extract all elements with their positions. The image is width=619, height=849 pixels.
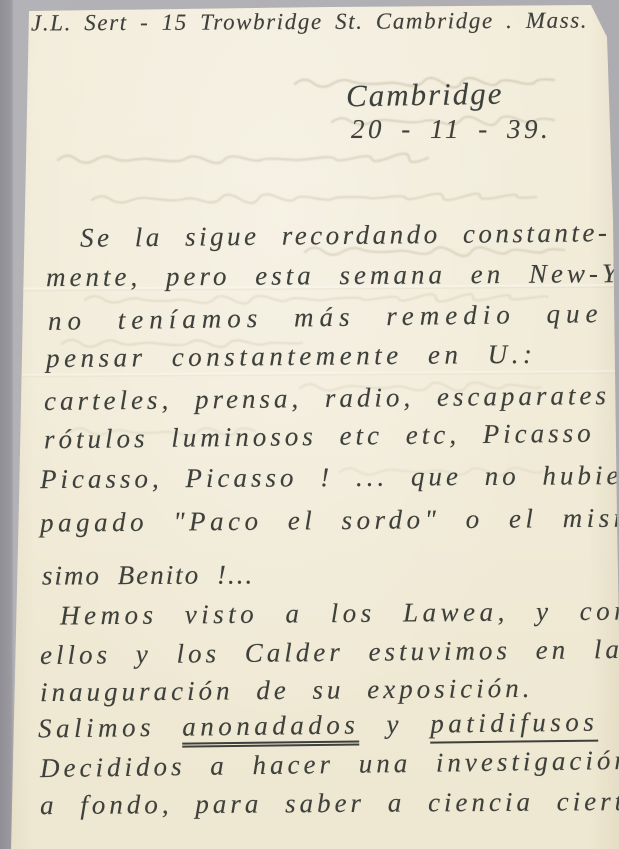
line-text: pensar constantemente en U.: <box>46 339 537 373</box>
line-text: inauguración de su exposición. <box>40 673 534 707</box>
handwritten-line: Salimos anonadados y patidifusos <box>38 707 599 745</box>
handwritten-line: Se la sigue recordando constante- <box>80 217 611 254</box>
handwritten-line: Hemos visto a los Lawea, y con <box>60 596 619 632</box>
handwritten-line: Picasso, Picasso ! ... que no hubiera <box>40 460 619 495</box>
letter-paper: J.L. Sert - 15 Trowbridge St. Cambridge … <box>0 0 619 849</box>
line-text: rótulos luminosos etc etc, Picasso <box>44 418 595 455</box>
line-text: no teníamos más remedio que <box>48 298 604 336</box>
handwritten-line: a fondo, para saber a ciencia cierta <box>40 786 619 821</box>
handwritten-line: pagado "Paco el sordo" o el mismí- <box>40 502 619 538</box>
handwritten-line: inauguración de su exposición. <box>40 673 534 708</box>
handwritten-line: carteles, prensa, radio, escaparates <box>44 380 610 417</box>
line-text: y <box>359 709 430 740</box>
line-text: Picasso, Picasso ! ... que no hubiera <box>40 460 619 494</box>
handwritten-line: pensar constantemente en U.: <box>46 339 537 374</box>
date-line: 20 - 11 - 39. <box>351 114 551 145</box>
sender-address-line: J.L. Sert - 15 Trowbridge St. Cambridge … <box>31 8 588 37</box>
scanned-letter-page: J.L. Sert - 15 Trowbridge St. Cambridge … <box>0 0 619 849</box>
line-text: carteles, prensa, radio, escaparates <box>44 380 610 416</box>
line-text: ellos y los Calder estuvimos en la <box>40 634 619 670</box>
line-text: simo Benito !... <box>42 559 254 590</box>
handwritten-line: mente, pero esta semana en New-York <box>46 258 619 293</box>
underlined-word: anonadados <box>182 709 359 747</box>
handwritten-line: ellos y los Calder estuvimos en la <box>40 634 619 671</box>
place-line: Cambridge <box>346 76 504 114</box>
line-text: Se la sigue recordando constante- <box>80 217 611 253</box>
underlined-word: patidifusos <box>430 707 598 744</box>
line-text: pagado "Paco el sordo" o el mismí- <box>40 502 619 537</box>
handwritten-line: simo Benito !... <box>42 559 254 591</box>
line-text: mente, pero esta semana en New-York <box>46 258 619 292</box>
line-text: Salimos <box>38 712 183 744</box>
line-text: a fondo, para saber a ciencia cierta <box>40 786 619 820</box>
line-text: Hemos visto a los Lawea, y con <box>60 596 619 631</box>
